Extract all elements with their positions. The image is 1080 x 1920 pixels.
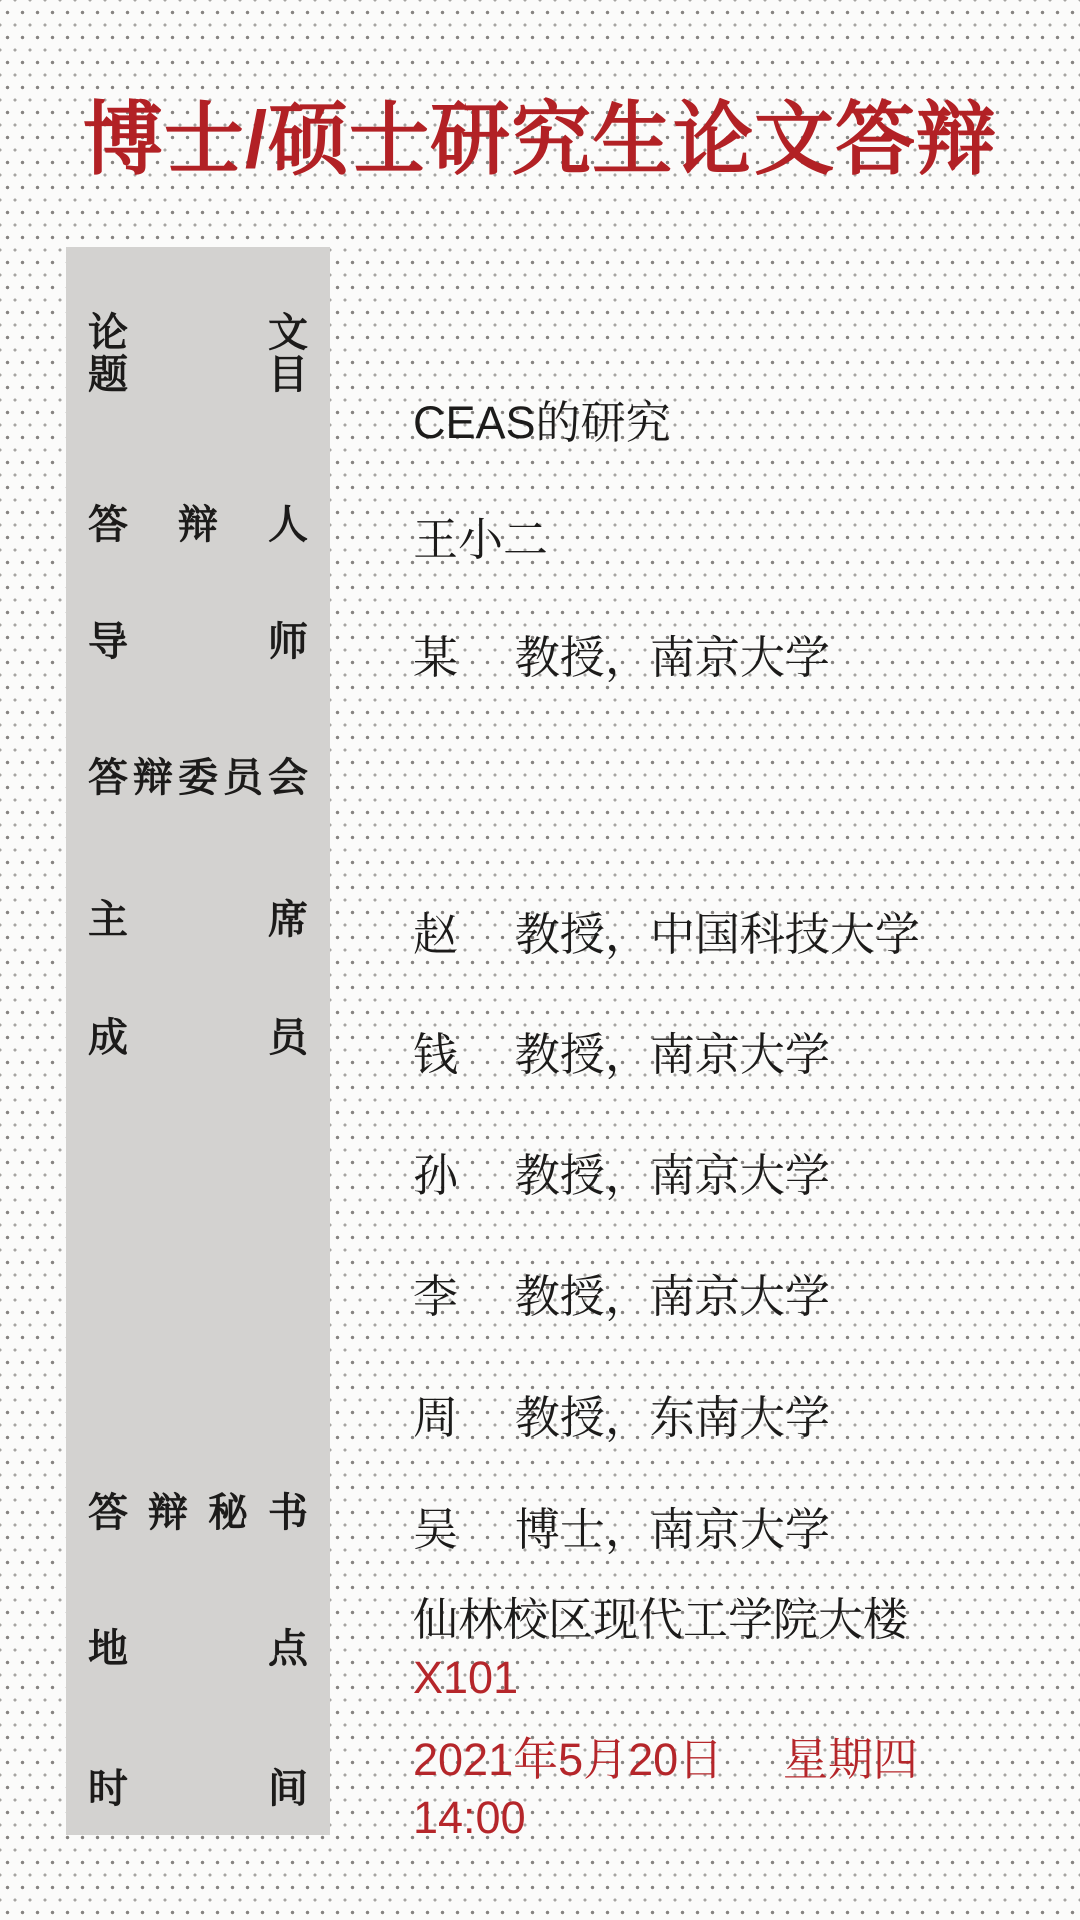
label-sidebar: 论文 题目 答辩人 导师 答辩委员会 主席 成员 答辩秘书 地点 时间 [66, 247, 330, 1835]
member-surname: 钱 [413, 1029, 515, 1081]
chair-entry: 赵教授，中国科技大学 [413, 909, 1053, 961]
secretary-surname: 吴 [413, 1504, 515, 1556]
weekday-value: 星期四 [783, 1734, 918, 1785]
advisor-surname: 某 [413, 632, 515, 684]
advisor-label: 导师 [88, 621, 308, 663]
datetime-entry: 2021年5月20日星期四 14:00 [413, 1731, 1053, 1847]
date-value: 2021年5月20日 [413, 1731, 783, 1789]
chair-label: 主席 [88, 899, 308, 941]
member-entry: 孙教授，南京大学 [413, 1150, 1053, 1202]
advisor-detail: 教授，南京大学 [515, 632, 830, 683]
chair-detail: 教授，中国科技大学 [515, 909, 920, 960]
thesis-title-label-line1: 论文 [88, 312, 308, 354]
member-surname: 李 [413, 1271, 515, 1323]
member-detail: 教授，东南大学 [515, 1392, 830, 1443]
member-detail: 教授，南京大学 [515, 1271, 830, 1322]
member-entry: 钱教授，南京大学 [413, 1029, 1053, 1081]
thesis-title-value: CEAS的研究 [413, 397, 1053, 449]
secretary-label: 答辩秘书 [88, 1492, 308, 1534]
secretary-detail: 博士，南京大学 [515, 1504, 830, 1555]
location-room: X101 [413, 1652, 518, 1703]
member-surname: 孙 [413, 1150, 515, 1202]
defender-name: 王小二 [413, 514, 1053, 566]
committee-label: 答辩委员会 [88, 757, 308, 799]
chair-surname: 赵 [413, 909, 515, 961]
thesis-title-label-line2: 题目 [88, 354, 308, 396]
secretary-entry: 吴博士，南京大学 [413, 1504, 1053, 1556]
member-detail: 教授，南京大学 [515, 1150, 830, 1201]
time-label: 时间 [88, 1768, 308, 1810]
time-value: 14:00 [413, 1792, 526, 1843]
member-entry: 周教授，东南大学 [413, 1392, 1053, 1444]
members-label: 成员 [88, 1017, 308, 1059]
member-detail: 教授，南京大学 [515, 1029, 830, 1080]
advisor-entry: 某教授，南京大学 [413, 632, 1053, 684]
member-entry: 李教授，南京大学 [413, 1271, 1053, 1323]
location-entry: 仙林校区现代工学院大楼 X101 [413, 1591, 1053, 1707]
poster-title: 博士/硕士研究生论文答辩 [0, 88, 1080, 192]
defender-label: 答辩人 [88, 504, 308, 546]
member-surname: 周 [413, 1392, 515, 1444]
defense-announcement-poster: 博士/硕士研究生论文答辩 论文 题目 答辩人 导师 答辩委员会 主席 成员 答辩… [0, 0, 1080, 1920]
location-label: 地点 [88, 1628, 308, 1670]
location-building: 仙林校区现代工学院大楼 [413, 1594, 908, 1645]
